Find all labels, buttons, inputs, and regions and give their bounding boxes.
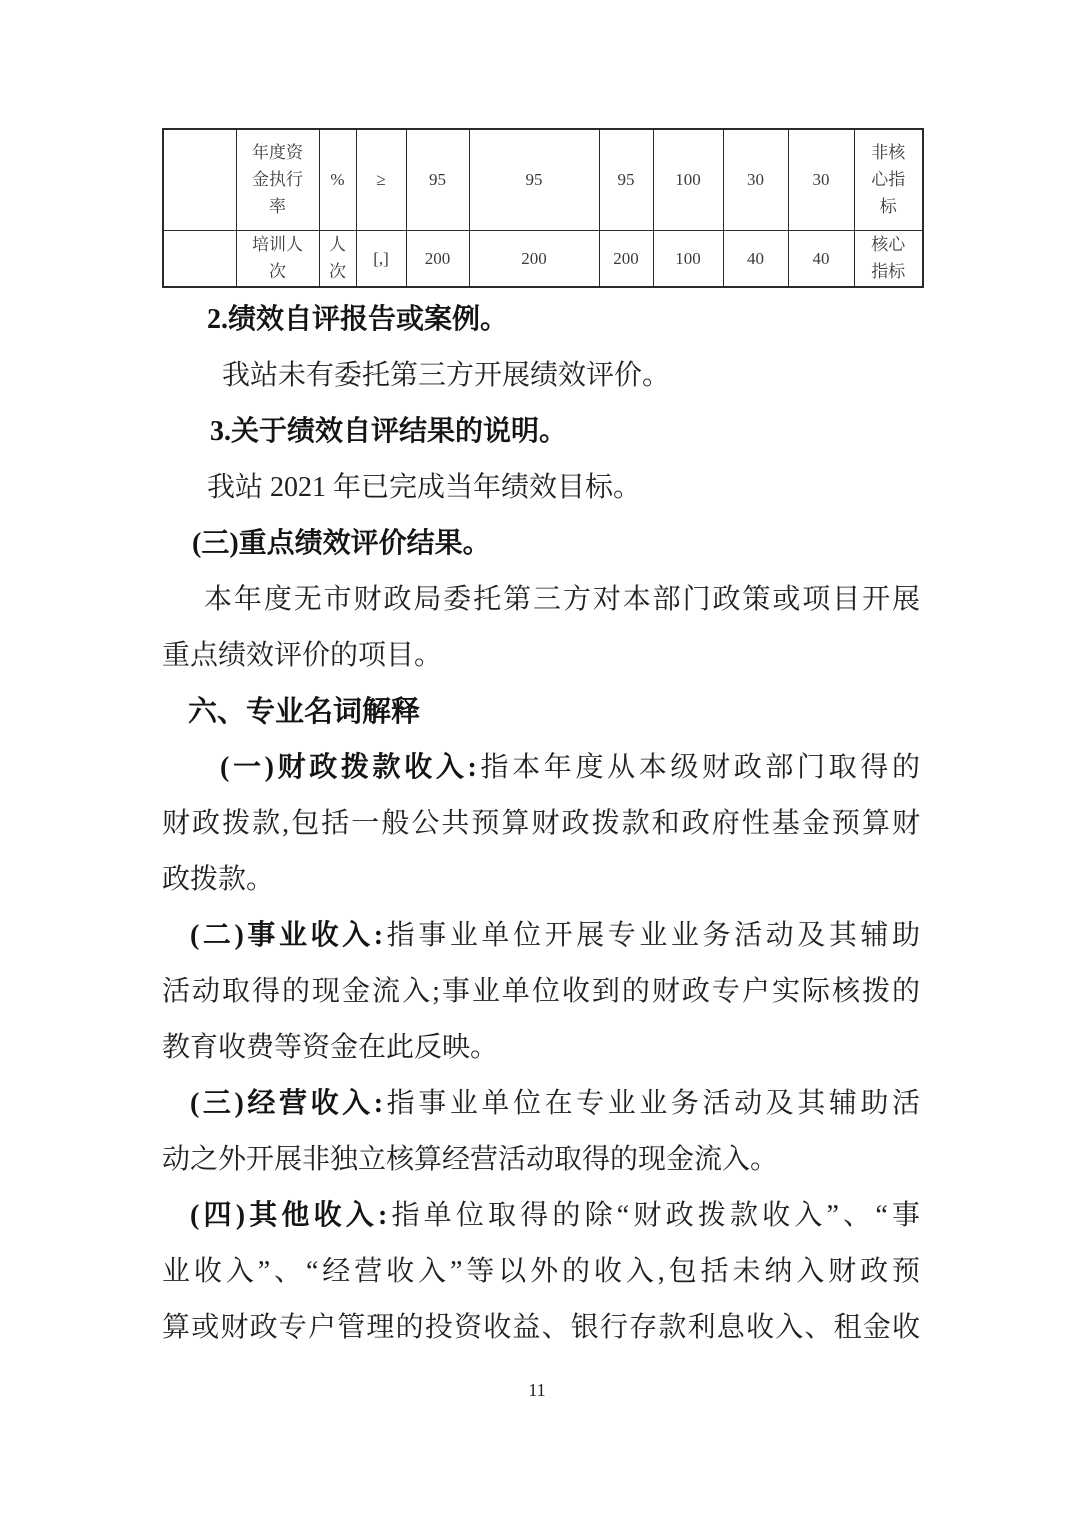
table-cell: 200: [599, 230, 653, 287]
table-cell: [163, 129, 236, 230]
table-body: 年度资金执行率%≥9595951003030非核心指标培训人次人次[,]2002…: [163, 129, 923, 287]
page-number: 11: [0, 1380, 1074, 1401]
text-line: (四)其他收入:指单位取得的除“财政拨款收入”、“事: [162, 1188, 920, 1244]
bold-run: (三)经营收入:: [190, 1088, 383, 1119]
table-cell: 年度资金执行率: [236, 129, 319, 230]
table-cell: 培训人次: [236, 230, 319, 287]
text-line: 教育收费等资金在此反映。: [162, 1020, 920, 1076]
table-cell: 95: [469, 129, 599, 230]
text-line: 3.关于绩效自评结果的说明。: [162, 404, 920, 460]
table-cell: ≥: [356, 129, 406, 230]
text-run: 指事业单位在专业业务活动及其辅助活: [383, 1088, 920, 1119]
text-run: 政拨款。: [162, 864, 274, 895]
text-line: 政拨款。: [162, 852, 920, 908]
text-run: 指单位取得的除“财政拨款收入”、“事: [387, 1200, 920, 1231]
table-row: 年度资金执行率%≥9595951003030非核心指标: [163, 129, 923, 230]
bold-run: (一)财政拨款收入:: [220, 752, 477, 783]
table-cell: 200: [406, 230, 469, 287]
table-cell: 40: [788, 230, 854, 287]
text-line: (三)重点绩效评价结果。: [162, 516, 920, 572]
table-cell: 40: [723, 230, 788, 287]
bold-run: (二)事业收入:: [190, 920, 383, 951]
text-run: 业收入”、“经营收入”等以外的收入,包括未纳入财政预: [162, 1256, 920, 1287]
table-cell: 非核心指标: [854, 129, 923, 230]
text-line: 2.绩效自评报告或案例。: [162, 292, 920, 348]
bold-run: (四)其他收入:: [190, 1200, 387, 1231]
text-line: 重点绩效评价的项目。: [162, 628, 920, 684]
table-cell: %: [319, 129, 356, 230]
text-run: 指本年度从本级财政部门取得的: [477, 752, 920, 783]
text-run: 算或财政专户管理的投资收益、银行存款利息收入、租金收: [162, 1312, 920, 1343]
text-run: 活动取得的现金流入;事业单位收到的财政专户实际核拨的: [162, 976, 920, 1007]
bold-run: 3.关于绩效自评结果的说明。: [210, 416, 567, 447]
table-cell: 30: [788, 129, 854, 230]
table-cell: 人次: [319, 230, 356, 287]
table-cell: 100: [653, 230, 723, 287]
text-run: 我站未有委托第三方开展绩效评价。: [222, 360, 670, 391]
table-cell: 95: [599, 129, 653, 230]
table-cell: 95: [406, 129, 469, 230]
text-line: 算或财政专户管理的投资收益、银行存款利息收入、租金收: [162, 1300, 920, 1356]
text-line: 活动取得的现金流入;事业单位收到的财政专户实际核拨的: [162, 964, 920, 1020]
document-body: 2.绩效自评报告或案例。我站未有委托第三方开展绩效评价。3.关于绩效自评结果的说…: [162, 292, 920, 1356]
bold-run: 六、专业名词解释: [188, 696, 420, 728]
text-run: 动之外开展非独立核算经营活动取得的现金流入。: [162, 1144, 778, 1175]
table-cell: [,]: [356, 230, 406, 287]
table-cell: 30: [723, 129, 788, 230]
text-run: 我站 2021 年已完成当年绩效目标。: [207, 472, 641, 503]
table-cell: 100: [653, 129, 723, 230]
text-run: 重点绩效评价的项目。: [162, 640, 442, 671]
bold-run: 2.绩效自评报告或案例。: [207, 304, 508, 335]
text-line: 财政拨款,包括一般公共预算财政拨款和政府性基金预算财: [162, 796, 920, 852]
table-cell: [163, 230, 236, 287]
document-page: 年度资金执行率%≥9595951003030非核心指标培训人次人次[,]2002…: [0, 0, 1074, 1520]
text-line: (三)经营收入:指事业单位在专业业务活动及其辅助活: [162, 1076, 920, 1132]
text-line: 本年度无市财政局委托第三方对本部门政策或项目开展: [162, 572, 920, 628]
performance-indicators-table: 年度资金执行率%≥9595951003030非核心指标培训人次人次[,]2002…: [162, 128, 924, 288]
text-run: 财政拨款,包括一般公共预算财政拨款和政府性基金预算财: [162, 808, 920, 839]
text-line: (二)事业收入:指事业单位开展专业业务活动及其辅助: [162, 908, 920, 964]
text-line: 我站 2021 年已完成当年绩效目标。: [162, 460, 920, 516]
text-run: 指事业单位开展专业业务活动及其辅助: [383, 920, 920, 951]
text-line: 业收入”、“经营收入”等以外的收入,包括未纳入财政预: [162, 1244, 920, 1300]
table-row: 培训人次人次[,]2002002001004040核心指标: [163, 230, 923, 287]
bold-run: (三)重点绩效评价结果。: [192, 528, 491, 559]
text-run: 教育收费等资金在此反映。: [162, 1032, 498, 1063]
text-run: 本年度无市财政局委托第三方对本部门政策或项目开展: [204, 584, 920, 615]
text-line: (一)财政拨款收入:指本年度从本级财政部门取得的: [162, 740, 920, 796]
text-line: 六、专业名词解释: [162, 684, 920, 740]
table-cell: 核心指标: [854, 230, 923, 287]
table-cell: 200: [469, 230, 599, 287]
text-line: 我站未有委托第三方开展绩效评价。: [162, 348, 920, 404]
text-line: 动之外开展非独立核算经营活动取得的现金流入。: [162, 1132, 920, 1188]
